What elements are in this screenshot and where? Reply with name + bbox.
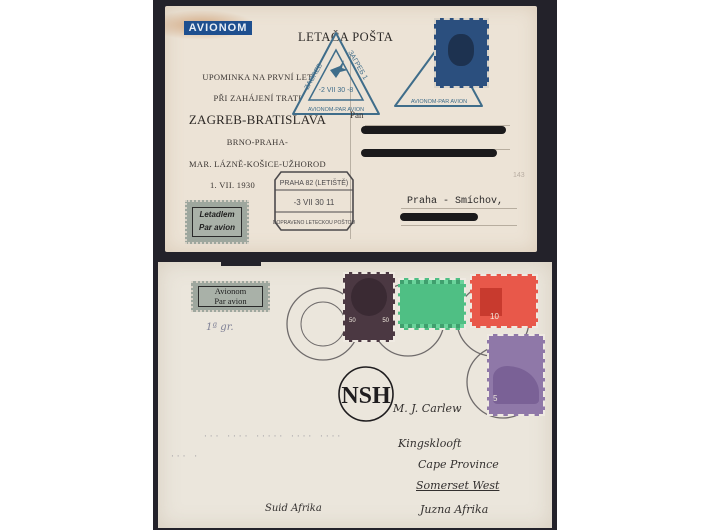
svg-text:-3 VII 30 11: -3 VII 30 11 xyxy=(294,198,335,207)
label-line: Par avion xyxy=(193,221,241,234)
postage-stamp-blue xyxy=(434,18,489,88)
salutation: Pan xyxy=(350,110,364,120)
redaction-bar xyxy=(361,126,506,134)
svg-text:PRAHA 82 (LETIŠTĚ): PRAHA 82 (LETIŠTĚ) xyxy=(280,178,348,187)
monogram-handstamp: NSH xyxy=(337,365,395,423)
postage-stamp-10: 10 xyxy=(470,274,538,328)
pencil-note: 1ª gr. xyxy=(206,322,234,333)
souvenir-line: MAR. LÁZNĚ-KOŠICE-UŽHOROD xyxy=(165,159,350,169)
address-line xyxy=(401,225,517,226)
label-line: Par avion xyxy=(199,297,262,307)
cover-tear xyxy=(221,260,261,266)
praha-airport-cancel: PRAHA 82 (LETIŠTĚ) -3 VII 30 11 DOPRAVEN… xyxy=(273,170,355,232)
sender-note: Suid Afrika xyxy=(265,503,322,514)
airmail-label: Letadlem Par avion xyxy=(185,200,249,244)
faint-transit-mark: ··· ···· ····· ···· ···· xyxy=(203,432,342,441)
redaction-bar xyxy=(361,149,497,157)
faint-transit-mark: ··· · xyxy=(170,452,199,461)
pencil-note: 143 xyxy=(513,172,525,179)
svg-text:AVIONOM-PAR AVION: AVIONOM-PAR AVION xyxy=(411,99,467,105)
airmail-label: Avionom Par avion xyxy=(191,281,270,312)
airmail-cover: Avionom Par avion 1ª gr. 50 50 10 5 NSH xyxy=(158,262,552,528)
redaction-bar xyxy=(400,213,478,221)
triangle-cancel: -2 VII 30 -8 AVIONOM-PAR AVION ZAGREB ЗА… xyxy=(290,30,382,120)
address-line: Kingsklooft xyxy=(398,437,461,450)
address-line: M. J. Carlew xyxy=(393,402,461,415)
label-line: Letadlem xyxy=(193,208,241,221)
postage-stamp-5: 5 xyxy=(487,334,545,416)
king-portrait xyxy=(448,34,474,66)
address-line: Cape Province xyxy=(418,458,499,471)
svg-text:DOPRAVENO LETECKOU POŠTOU: DOPRAVENO LETECKOU POŠTOU xyxy=(273,219,355,226)
postage-stamp-green xyxy=(398,278,466,330)
address-line: Juzna Afrika xyxy=(420,503,488,516)
address-city: Praha - Smíchov, xyxy=(407,196,503,207)
svg-text:NSH: NSH xyxy=(341,383,391,409)
souvenir-line: BRNO-PRAHA- xyxy=(165,137,350,147)
address-line: Somerset West xyxy=(416,479,499,492)
svg-text:-2 VII 30 -8: -2 VII 30 -8 xyxy=(319,87,354,94)
airmail-tag: AVIONOM xyxy=(184,21,252,35)
postage-stamp-50: 50 50 xyxy=(343,272,395,342)
postcard: AVIONOM LETAČA POŠTA UPOMINKA NA PRVNÍ L… xyxy=(165,6,537,252)
address-line xyxy=(401,208,517,209)
